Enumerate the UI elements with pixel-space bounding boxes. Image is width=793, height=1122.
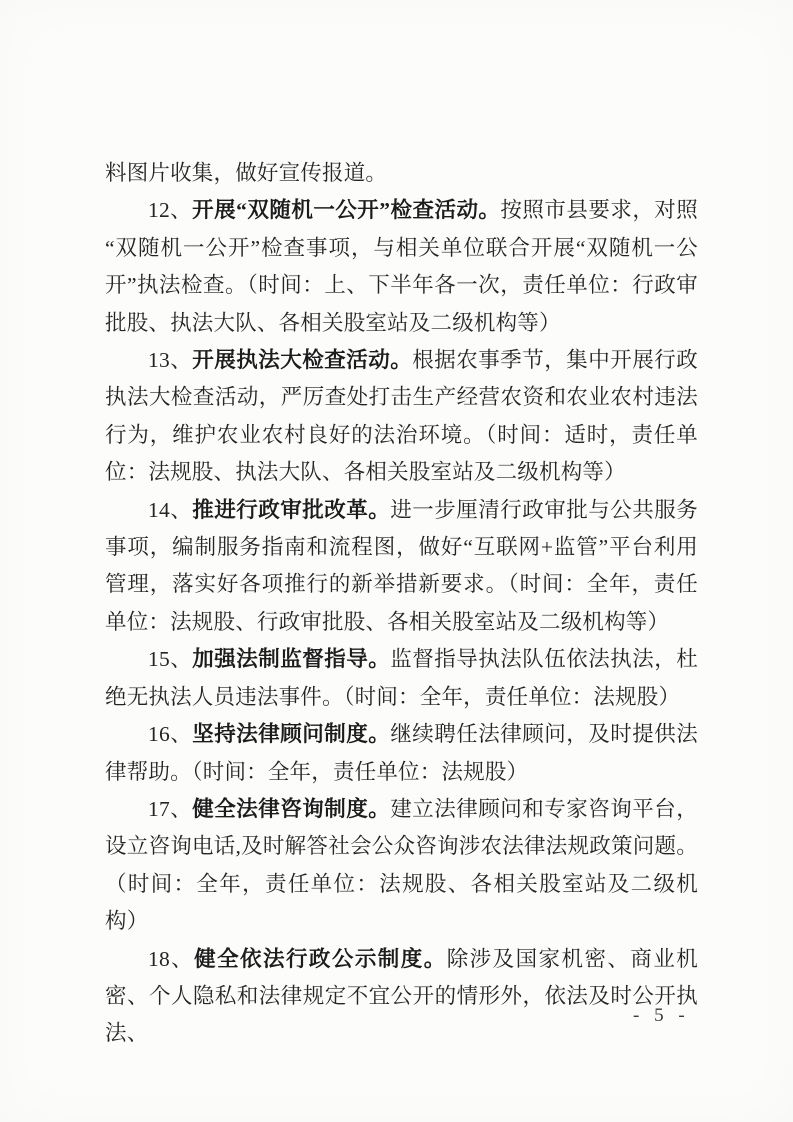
item-title: 健全法律咨询制度。 [192, 797, 390, 821]
item-number: 15、 [148, 647, 192, 671]
paragraph: 18、健全依法行政公示制度。除涉及国家机密、商业机密、个人隐私和法律规定不宜公开… [105, 941, 698, 1053]
item-title: 健全依法行政公示制度。 [194, 947, 447, 971]
item-title: 开展执法大检查活动。 [192, 348, 412, 372]
paragraph: 15、加强法制监督指导。监督指导执法队伍依法执法，杜绝无执法人员违法事件。（时间… [105, 641, 698, 716]
item-number: 14、 [148, 498, 192, 522]
item-body-text: 料图片收集，做好宣传报道。 [105, 161, 387, 185]
item-title: 推进行政审批改革。 [192, 498, 390, 522]
item-title: 坚持法律顾问制度。 [192, 722, 390, 746]
item-number: 18、 [148, 947, 194, 971]
item-number: 12、 [148, 198, 192, 222]
page-number: - 5 - [633, 1002, 690, 1030]
paragraph: 17、健全法律咨询制度。建立法律顾问和专家咨询平台，设立咨询电话,及时解答社会公… [105, 791, 698, 941]
document-body: 料图片收集，做好宣传报道。 12、开展“双随机一公开”检查活动。按照市县要求，对… [105, 155, 698, 1053]
paragraph: 12、开展“双随机一公开”检查活动。按照市县要求，对照“双随机一公开”检查事项，… [105, 192, 698, 342]
item-number: 16、 [148, 722, 192, 746]
item-title: 开展“双随机一公开”检查活动。 [192, 198, 500, 222]
item-title: 加强法制监督指导。 [192, 647, 390, 671]
scanned-document-page: 料图片收集，做好宣传报道。 12、开展“双随机一公开”检查活动。按照市县要求，对… [0, 0, 793, 1122]
paragraph: 14、推进行政审批改革。进一步厘清行政审批与公共服务事项，编制服务指南和流程图，… [105, 492, 698, 642]
paragraph: 13、开展执法大检查活动。根据农事季节，集中开展行政执法大检查活动，严厉查处打击… [105, 342, 698, 492]
paragraph: 料图片收集，做好宣传报道。 [105, 155, 698, 192]
item-number: 17、 [148, 797, 192, 821]
paragraph: 16、坚持法律顾问制度。继续聘任法律顾问，及时提供法律帮助。（时间：全年，责任单… [105, 716, 698, 791]
item-number: 13、 [148, 348, 192, 372]
